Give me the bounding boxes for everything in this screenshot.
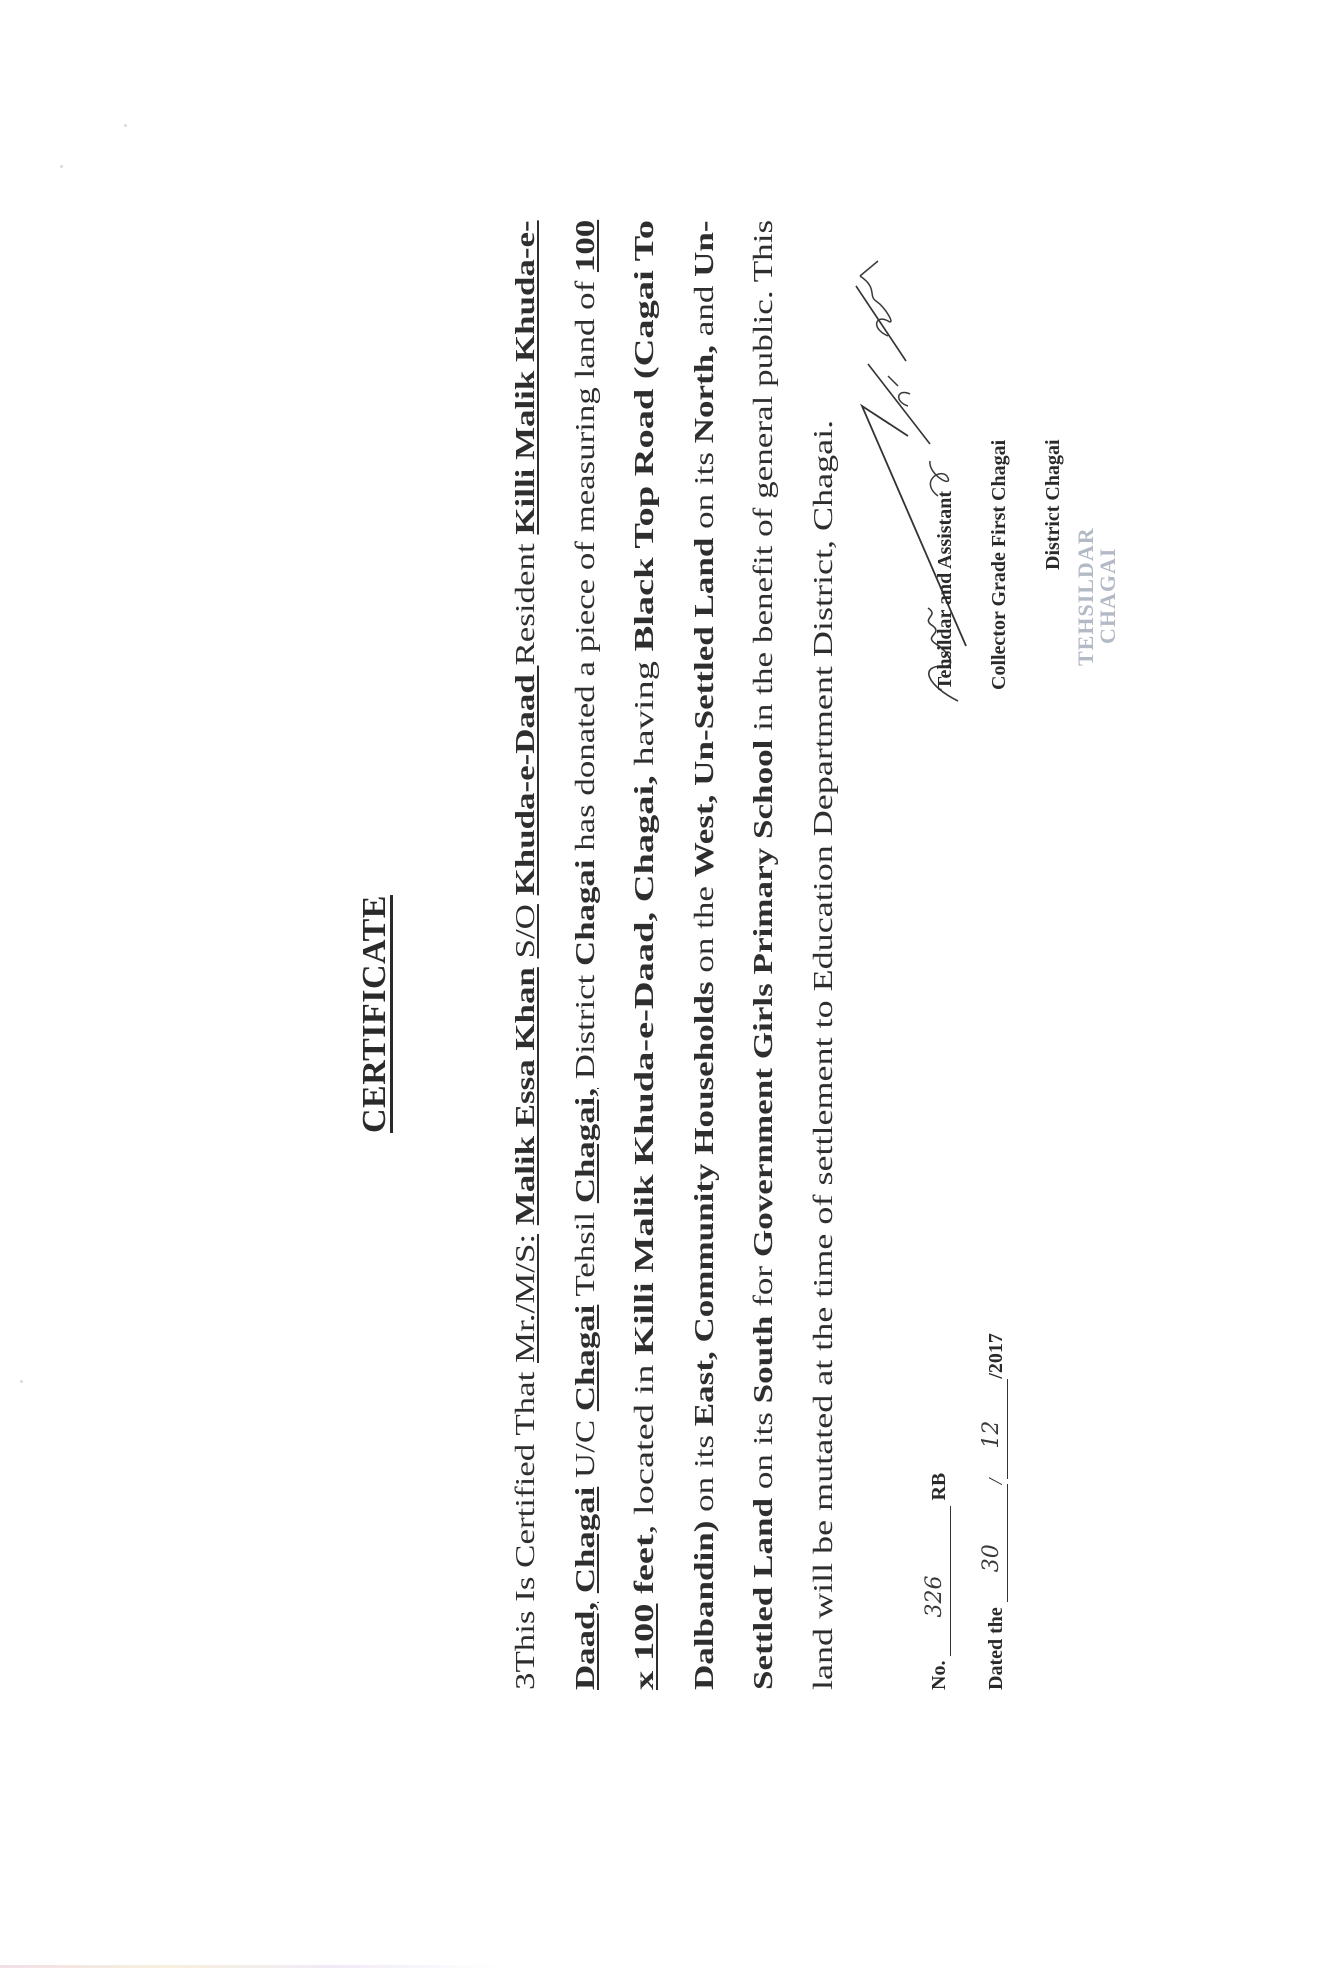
body-text-segment: Mr./M/S: xyxy=(509,1234,540,1363)
body-text-segment: Chagai xyxy=(569,1305,600,1412)
body-text-segment: North, xyxy=(688,345,719,443)
body-text-segment: West, Un-Settled Land xyxy=(688,538,719,878)
body-text-segment: on its xyxy=(688,443,719,537)
signatory-office: Collector Grade First Chagai xyxy=(984,230,1038,690)
body-text-segment xyxy=(509,895,540,904)
reference-number: No. 326 RB xyxy=(928,1473,951,1690)
body-text-segment: Chagai xyxy=(569,859,600,966)
stamp-line-1: TEHSILDAR xyxy=(1075,527,1097,666)
body-text-segment: Chagai xyxy=(569,1487,600,1594)
body-text-segment: having xyxy=(628,651,659,775)
stamp-line-2: CHAGAI xyxy=(1097,527,1119,666)
body-text-segment: Killi Malik Khuda-e- xyxy=(509,220,540,534)
body-text-segment: Un- xyxy=(688,220,719,276)
scan-speck xyxy=(20,1380,23,1383)
body-text-segment: feet xyxy=(628,1534,659,1603)
body-text-segment: Black Top Road (Cagai To xyxy=(628,220,659,651)
body-text-segment: Khuda-e-Daad xyxy=(509,666,540,896)
body-text-segment: Killi Malik Khuda-e-Daad, Chagai, xyxy=(628,775,659,1355)
body-text-segment: Government Girls Primary School xyxy=(747,740,778,1258)
body-text-segment: on its xyxy=(747,1403,778,1498)
body-text-segment: for xyxy=(747,1257,778,1315)
body-text-segment: Resident xyxy=(509,535,540,666)
body-text-segment: in the benefit of general public. This xyxy=(747,220,778,740)
body-text-segment xyxy=(509,1225,540,1234)
body-text-segment: U/C xyxy=(569,1411,600,1487)
body-text-segment: S/O xyxy=(509,904,540,958)
body-line: 3This Is Certified That Mr./M/S: Malik E… xyxy=(505,220,565,1690)
body-text-segment: land will be mutated at the time of sett… xyxy=(807,420,838,1690)
body-line: Settled Land on its South for Government… xyxy=(743,220,803,1690)
body-text-segment: and xyxy=(688,277,719,345)
body-text-segment: Settled Land xyxy=(747,1498,778,1690)
body-line: Dalbandin) on its East, Community Househ… xyxy=(684,220,744,1690)
scan-speck xyxy=(124,124,127,127)
reference-number-suffix: RB xyxy=(928,1473,950,1501)
body-text-segment: 3This Is Certified That xyxy=(509,1363,540,1690)
body-text-segment: Malik Essa Khan xyxy=(509,967,540,1225)
dated-year: /2017 xyxy=(985,1333,1007,1379)
signatory-title: Tehsildar and Assistant xyxy=(930,230,984,690)
body-text-segment: has donated a piece of measuring land of xyxy=(569,272,600,859)
body-text-segment: on the xyxy=(688,877,719,981)
reference-number-label: No. xyxy=(928,1661,950,1690)
body-text-segment: Chagai, xyxy=(569,1088,600,1203)
page-title: CERTIFICATE xyxy=(356,895,394,1133)
body-text-segment xyxy=(569,1593,600,1602)
body-text-segment xyxy=(509,958,540,967)
dated-day-value: 30 xyxy=(979,1544,1004,1572)
official-stamp: TEHSILDAR CHAGAI xyxy=(1075,527,1119,666)
dated-day-field: 30 xyxy=(985,1484,1008,1602)
body-text-segment: South xyxy=(747,1316,778,1404)
body-text-segment: 100 xyxy=(569,220,600,272)
body-text-segment: , located in xyxy=(628,1355,659,1534)
body-text-segment: x 100 xyxy=(628,1604,659,1690)
certificate-page: CERTIFICATE 3This Is Certified That Mr./… xyxy=(0,0,1317,1968)
scan-speck xyxy=(60,165,63,168)
dated-line: Dated the 30 / 12 /2017 xyxy=(985,1333,1008,1690)
body-text-segment: on its xyxy=(688,1426,719,1520)
body-text-segment: Daad, xyxy=(569,1602,600,1690)
dated-label: Dated the xyxy=(985,1607,1007,1690)
dated-month-field: 12 xyxy=(985,1379,1008,1479)
body-text-segment: Tehsil xyxy=(569,1203,600,1304)
body-text-segment: District xyxy=(569,966,600,1088)
signatory-block: Tehsildar and Assistant Collector Grade … xyxy=(930,230,1092,690)
body-text-segment: Dalbandin) xyxy=(688,1521,719,1690)
certificate-body: 3This Is Certified That Mr./M/S: Malik E… xyxy=(505,220,862,1690)
reference-number-field: 326 xyxy=(928,1506,951,1656)
dated-month-value: 12 xyxy=(979,1421,1004,1449)
body-line: x 100 feet, located in Killi Malik Khuda… xyxy=(624,220,684,1690)
body-text-segment: East, Community Households xyxy=(688,981,719,1426)
reference-number-value: 326 xyxy=(922,1576,947,1618)
body-line: Daad, Chagai U/C Chagai Tehsil Chagai, D… xyxy=(565,220,625,1690)
